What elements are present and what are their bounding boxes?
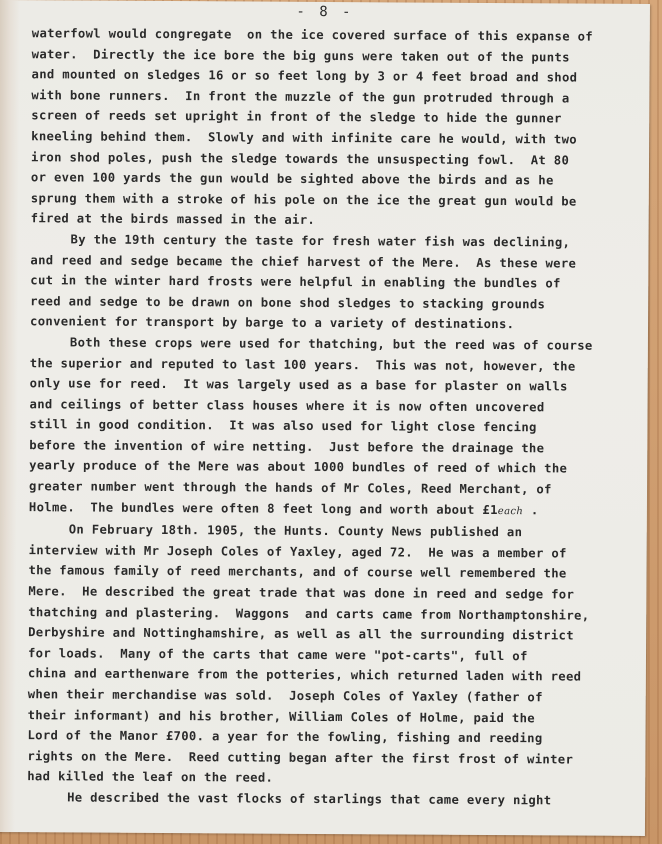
line-text: rights on the Mere. Reed cutting began a… (27, 749, 573, 766)
line-text: On February 18th. 1905, the Hunts. Count… (69, 523, 523, 540)
typewritten-page: - 8 - waterfowl would congregate on the … (0, 0, 650, 836)
line-text: china and earthenware from the potteries… (28, 667, 582, 684)
line-text: the famous family of reed merchants, and… (28, 564, 566, 581)
line-text: waterfowl would congregate on the ice co… (32, 26, 593, 43)
line-text: screen of reeds set upright in front of … (31, 109, 562, 126)
line-text: interview with Mr Joseph Coles of Yaxley… (29, 543, 567, 560)
line-text: By the 19th century the taste for fresh … (70, 232, 570, 249)
line-text: the superior and reputed to last 100 yea… (30, 356, 576, 373)
line-text: convenient for transport by barge to a v… (30, 315, 514, 332)
line-text: Lord of the Manor £700. a year for the f… (27, 728, 542, 745)
line-text: He described the vast flocks of starling… (67, 790, 551, 807)
line-text: when their merchandise was sold. Joseph … (28, 687, 543, 704)
line-text: and ceilings of better class houses wher… (29, 397, 544, 414)
line-text: sprung them with a stroke of his pole on… (31, 191, 577, 208)
line-text: greater number went through the hands of… (29, 479, 552, 496)
line-text: Derbyshire and Nottinghamshire, as well … (28, 625, 574, 642)
line-suffix: . (523, 503, 538, 517)
line-text: reed and sedge to be drawn on bone shod … (30, 294, 545, 311)
line-text: only use for reed. It was largely used a… (30, 376, 568, 393)
line-text: iron shod poles, push the sledge towards… (31, 150, 569, 167)
body-text: waterfowl would congregate on the ice co… (27, 23, 652, 811)
line-text: for loads. Many of the carts that came w… (28, 646, 528, 663)
line-text: Both these crops were used for thatching… (70, 335, 593, 352)
line-text: before the invention of wire netting. Ju… (29, 438, 544, 455)
line-text: still in good condition. It was also use… (29, 417, 536, 434)
line-text: kneeling behind them. Slowly and with in… (31, 129, 577, 146)
line-text: Holme. The bundles were often 8 feet lon… (29, 500, 498, 517)
line-text: and mounted on sledges 16 or so feet lon… (32, 67, 578, 84)
line-text: fired at the birds massed in the air. (31, 212, 316, 228)
line-text: thatching and plastering. Waggons and ca… (28, 605, 589, 622)
line-text: had killed the leaf on the reed. (27, 770, 273, 786)
line-text: their informant) and his brother, Willia… (28, 708, 535, 725)
line-text: water. Directly the ice bore the big gun… (32, 47, 570, 64)
binding-edge (0, 0, 20, 832)
line-text: and reed and sedge became the chief harv… (30, 253, 576, 270)
text-line: He described the vast flocks of starling… (27, 787, 647, 811)
handwritten-annotation: each (498, 506, 523, 517)
line-text: with bone runners. In front the muzzle o… (31, 88, 569, 105)
line-text: cut in the winter hard frosts were helpf… (30, 273, 561, 290)
line-text: or even 100 yards the gun would be sight… (31, 170, 554, 187)
line-text: yearly produce of the Mere was about 100… (29, 459, 567, 476)
line-text: Mere. He described the great trade that … (28, 584, 574, 601)
page-number: - 8 - (0, 2, 650, 22)
